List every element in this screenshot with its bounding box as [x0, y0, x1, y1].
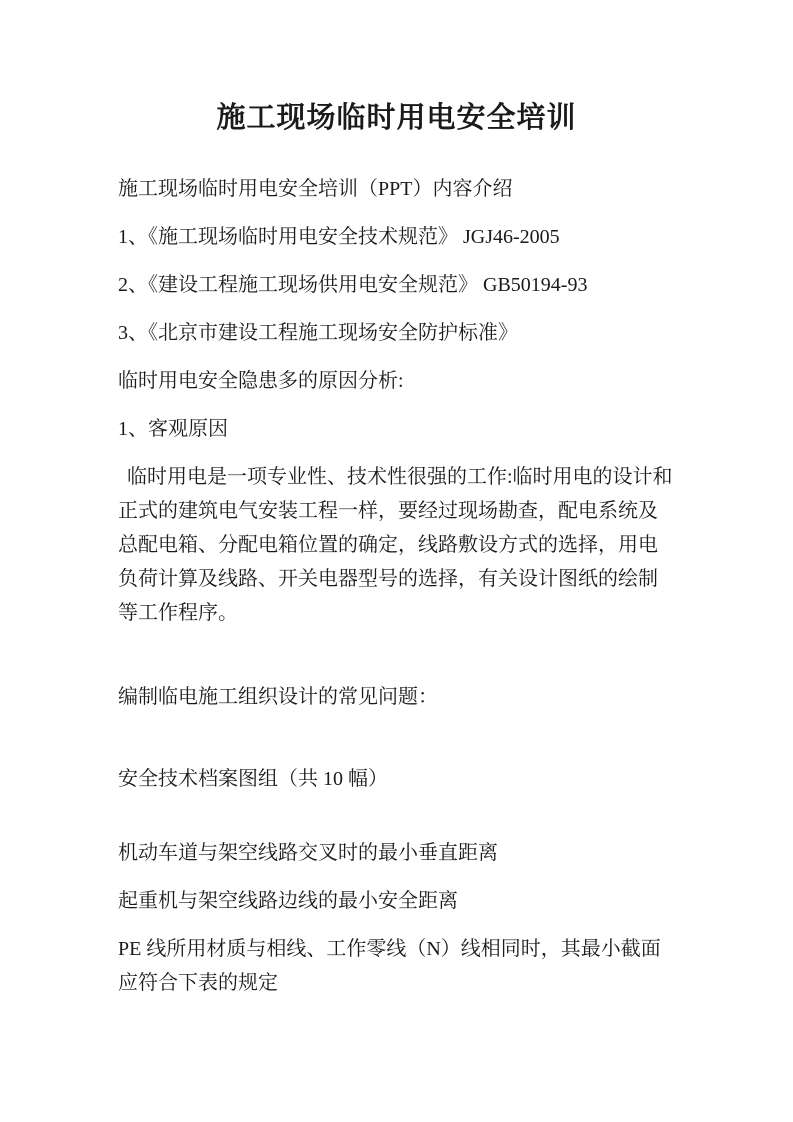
vehicle-lane-distance-line: 机动车道与架空线路交叉时的最小垂直距离	[118, 836, 675, 870]
archive-figures-line: 安全技术档案图组（共 10 幅）	[118, 762, 675, 796]
document-page: 施工现场临时用电安全培训 施工现场临时用电安全培训（PPT）内容介绍 1、《施工…	[0, 0, 793, 1122]
pe-wire-section-line: PE 线所用材质与相线、工作零线（N）线相同时，其最小截面应符合下表的规定	[118, 932, 675, 1000]
analysis-body-paragraph: 临时用电是一项专业性、技术性很强的工作:临时用电的设计和正式的建筑电气安装工程一…	[118, 460, 675, 630]
reference-item-3: 3、《北京市建设工程施工现场安全防护标准》	[118, 316, 675, 350]
document-title-text: 施工现场临时用电安全培训	[216, 102, 576, 134]
document-title: 施工现场临时用电安全培训	[118, 96, 675, 140]
common-problems-line: 编制临电施工组织设计的常见问题：	[118, 680, 675, 714]
objective-cause-item: 1、客观原因	[118, 412, 675, 446]
reference-item-1: 1、《施工现场临时用电安全技术规范》 JGJ46-2005	[118, 220, 675, 254]
reference-item-2: 2、《建设工程施工现场供用电安全规范》 GB50194-93	[118, 268, 675, 302]
intro-line: 施工现场临时用电安全培训（PPT）内容介绍	[118, 172, 675, 206]
crane-distance-line: 起重机与架空线路边线的最小安全距离	[118, 884, 675, 918]
cause-analysis-heading: 临时用电安全隐患多的原因分析:	[118, 364, 675, 398]
